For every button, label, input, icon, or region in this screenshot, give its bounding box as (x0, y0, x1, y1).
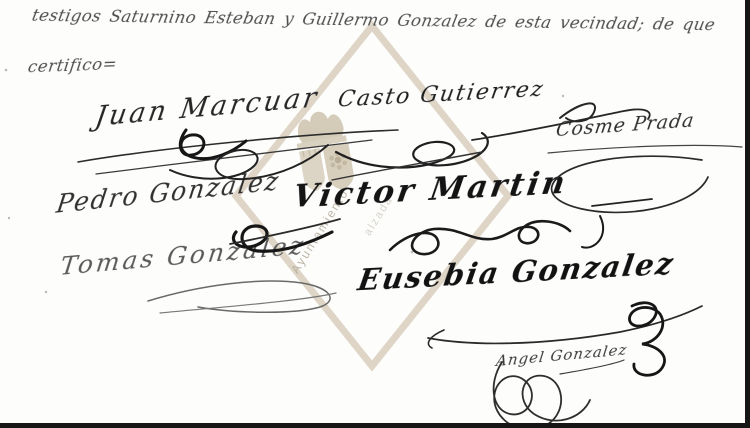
witness-statement-line: testigos Saturnino Esteban y Guillermo G… (30, 6, 716, 34)
signature-casto-gutierrez: Casto Gutierrez (336, 76, 546, 112)
rubric-cosme (548, 145, 742, 212)
signature-pedro-gonzalez: Pedro Gonzalez (55, 166, 283, 219)
signature-angel-gonzalez: Angel Gonzalez (495, 340, 628, 370)
scanned-document-page: Ayuntamiento alzada testigos Saturnino E… (0, 0, 750, 428)
certifico-line: certifico= (27, 54, 119, 76)
signature-tomas-gonzalez: Tomas Gonzalez (59, 230, 308, 281)
signature-cosme-prada: Cosme Prada (555, 109, 697, 141)
signature-victor-martin: Victor Martin (290, 165, 570, 216)
signature-eusebia-gonzalez: Eusebia Gonzalez (355, 247, 677, 298)
rubric-tomas (148, 281, 336, 313)
scan-edge-right (745, 0, 750, 428)
scan-edge-bottom (0, 423, 750, 428)
rubric-eusebia (428, 303, 702, 375)
signature-juan-marcuar: Juan Marcuar (93, 82, 322, 133)
rubric-angel (494, 360, 624, 428)
